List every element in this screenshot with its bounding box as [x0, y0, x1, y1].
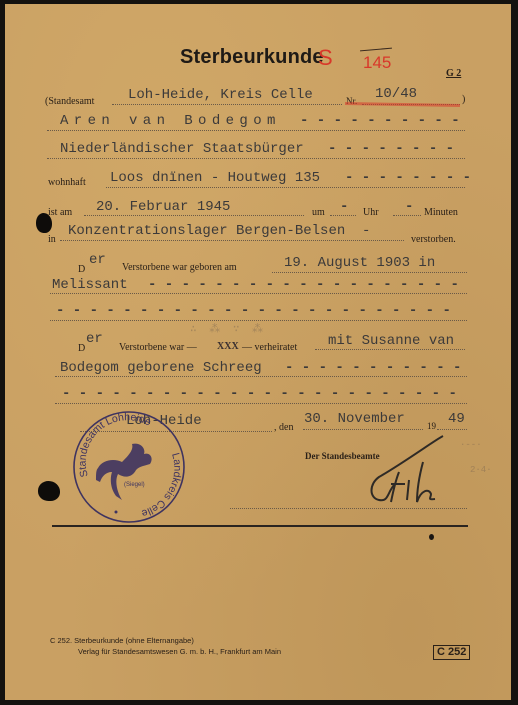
- death-date-value: 20. Februar 1945: [96, 199, 230, 215]
- blank-line-2: [55, 403, 467, 404]
- nr-close: ): [462, 94, 465, 105]
- year-prefix: 19: [427, 421, 436, 431]
- hour-value: -: [340, 199, 348, 215]
- official-seal: Standesamt Lohheide Landkreis Celle (Sie…: [70, 408, 188, 526]
- red-stamp-number: 145: [363, 53, 391, 73]
- in-label: in: [48, 234, 56, 245]
- verstorben-label: verstorben.: [411, 234, 456, 245]
- ink-blot-large: [38, 481, 60, 501]
- issue-date-line: [303, 429, 423, 430]
- deceased-name: Aren van Bodegom: [60, 113, 281, 129]
- signature: [365, 432, 455, 507]
- death-date-line: [84, 215, 304, 216]
- birth-place-dashes: - - - - - - - - - - - - - - - - - - -: [148, 277, 459, 293]
- birth-date-line: [272, 272, 467, 273]
- spouse-line: [315, 349, 465, 350]
- blank-line-1-dashes: - - - - - - - - - - - - - - - - - - - - …: [56, 303, 451, 319]
- married-label-2: — verheiratet: [242, 342, 297, 353]
- year-line: [437, 429, 467, 430]
- den-label: , den: [274, 422, 293, 433]
- form-code: G 2: [446, 68, 461, 79]
- wohnhaft-value: Loos dnïnen - Houtweg 135: [110, 170, 320, 186]
- minute-value: -: [405, 199, 413, 215]
- death-place-value: Konzentrationslager Bergen-Belsen -: [68, 223, 370, 239]
- document-title: Sterbeurkunde: [180, 46, 324, 69]
- nationality-value: Niederländischer Staatsbürger: [60, 141, 304, 157]
- married-label: Verstorbene war —: [119, 342, 197, 353]
- ink-blot: [36, 213, 52, 233]
- uhr-label: Uhr: [363, 207, 379, 218]
- name-dashes: - - - - - - - - - -: [300, 113, 460, 129]
- signature-line: [230, 508, 467, 509]
- svg-text:(Siegel): (Siegel): [124, 482, 145, 488]
- wohnhaft-line: [106, 187, 465, 188]
- ist-am-label: ist am: [48, 207, 72, 218]
- death-place-line: [60, 240, 404, 241]
- born-gender: er: [89, 252, 106, 268]
- hour-line: [330, 215, 356, 216]
- married-struck: XXX: [217, 341, 239, 352]
- minuten-label: Minuten: [424, 207, 458, 218]
- faint-pencil-mark: ·--·: [460, 440, 482, 450]
- blank-line-2-dashes: - - - - - - - - - - - - - - - - - - - - …: [62, 386, 457, 402]
- standesamt-value: Loh-Heide, Kreis Celle: [128, 87, 313, 103]
- issue-date-value: 30. November: [304, 411, 405, 427]
- spouse-dashes: - - - - - - - - - - -: [285, 360, 461, 376]
- name-line: [47, 130, 465, 131]
- nationality-line: [47, 158, 465, 159]
- faint-pencil-mark-2: 2·4·: [470, 465, 492, 475]
- birth-place-line: [50, 293, 467, 294]
- nr-value: 10/48: [375, 86, 417, 102]
- standesamt-label: (Standesamt: [45, 96, 94, 107]
- ink-dot: [429, 534, 434, 540]
- faint-stamp-mark: ∴ ⁂ ∵ ⁂: [190, 322, 266, 336]
- spouse-value-2: Bodegom geborene Schreeg: [60, 360, 262, 376]
- horizontal-rule: [52, 525, 468, 527]
- blank-line-1: [50, 320, 467, 321]
- spouse-value: mit Susanne van: [328, 333, 454, 349]
- birth-date-value: 19. August 1903 in: [284, 255, 435, 271]
- married-gender: er: [86, 331, 103, 347]
- spouse-line-2: [55, 376, 467, 377]
- um-label: um: [312, 207, 325, 218]
- married-prefix: D: [78, 343, 85, 354]
- born-label: Verstorbene war geboren am: [122, 262, 237, 273]
- footer-form-title: C 252. Sterbeurkunde (ohne Elternangabe): [50, 636, 194, 645]
- red-stamp-letter: S: [318, 45, 333, 71]
- wohnhaft-label: wohnhaft: [48, 177, 86, 188]
- wohnhaft-dashes: - - - - - - - -: [345, 170, 471, 186]
- birth-place-value: Melissant: [52, 277, 128, 293]
- form-number-box: C 252: [433, 645, 470, 660]
- footer-publisher: Verlag für Standesamtswesen G. m. b. H.,…: [78, 647, 281, 656]
- year-value: 49: [448, 411, 465, 427]
- nationality-dashes: - - - - - - - -: [328, 141, 454, 157]
- minute-line: [393, 215, 421, 216]
- born-prefix: D: [78, 264, 85, 275]
